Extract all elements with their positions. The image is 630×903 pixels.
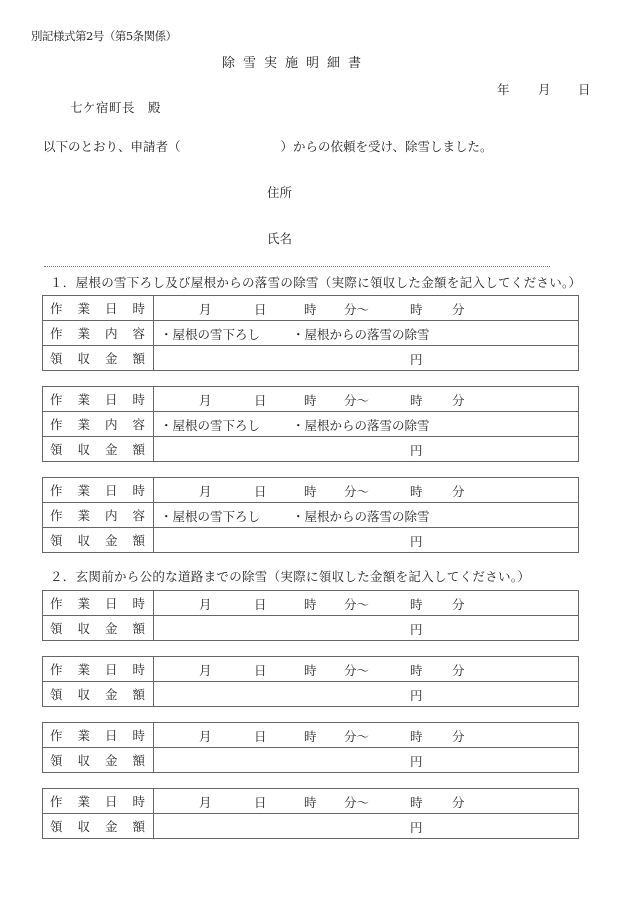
- yen-unit: 円: [410, 532, 423, 550]
- intro-suffix: ）からの依頼を受け、除雪しました。: [281, 139, 493, 154]
- minute-from-unit: 分〜: [344, 482, 369, 500]
- label-char: 作: [50, 390, 63, 408]
- month-unit: 月: [199, 661, 212, 679]
- amount-received-label: 領収金額: [43, 748, 154, 773]
- label-char: 時: [132, 481, 145, 499]
- label-char: 業: [77, 299, 90, 317]
- day-unit: 日: [254, 300, 267, 318]
- label-char: 金: [105, 440, 118, 458]
- label-char: 日: [105, 726, 118, 744]
- amount-received-field[interactable]: 円: [154, 814, 579, 839]
- minute-from-unit: 分〜: [344, 661, 369, 679]
- date-day-label: 日: [578, 80, 591, 98]
- section-1-record-table: 作業日時月日時分〜時分作業内容・屋根の雪下ろし・屋根からの落雪の除雪領収金額円: [42, 477, 579, 553]
- month-unit: 月: [199, 482, 212, 500]
- work-content-options[interactable]: ・屋根の雪下ろし・屋根からの落雪の除雪: [154, 321, 579, 346]
- work-datetime-field[interactable]: 月日時分〜時分: [154, 657, 579, 682]
- label-char: 額: [132, 619, 145, 637]
- month-unit: 月: [199, 391, 212, 409]
- work-datetime-field[interactable]: 月日時分〜時分: [154, 478, 579, 503]
- label-char: 内: [105, 415, 118, 433]
- label-char: 額: [132, 751, 145, 769]
- option-roof-snow-removal: ・屋根の雪下ろし: [160, 416, 260, 434]
- label-char: 業: [77, 324, 90, 342]
- table-row: 領収金額円: [43, 346, 579, 371]
- section-2-record-table: 作業日時月日時分〜時分領収金額円: [42, 788, 579, 839]
- work-content-label: 作業内容: [43, 412, 154, 437]
- label-char: 業: [77, 726, 90, 744]
- label-char: 内: [105, 506, 118, 524]
- amount-received-label: 領収金額: [43, 437, 154, 462]
- label-char: 業: [77, 660, 90, 678]
- label-char: 収: [77, 685, 90, 703]
- address-label: 住所: [267, 183, 292, 201]
- label-char: 作: [50, 792, 63, 810]
- form-id: 別記様式第2号（第5条関係）: [31, 28, 177, 44]
- label-char: 作: [50, 481, 63, 499]
- table-row: 作業日時月日時分〜時分: [43, 387, 579, 412]
- yen-unit: 円: [410, 818, 423, 836]
- label-char: 作: [50, 506, 63, 524]
- month-unit: 月: [199, 727, 212, 745]
- work-datetime-label: 作業日時: [43, 478, 154, 503]
- label-char: 業: [77, 481, 90, 499]
- label-char: 額: [132, 685, 145, 703]
- table-row: 作業日時月日時分〜時分: [43, 296, 579, 321]
- label-char: 時: [132, 726, 145, 744]
- work-datetime-field[interactable]: 月日時分〜時分: [154, 723, 579, 748]
- intro-prefix: 以下のとおり、申請者（: [43, 139, 181, 154]
- label-char: 容: [132, 506, 145, 524]
- amount-received-label: 領収金額: [43, 528, 154, 553]
- work-content-options[interactable]: ・屋根の雪下ろし・屋根からの落雪の除雪: [154, 412, 579, 437]
- label-char: 内: [105, 324, 118, 342]
- label-char: 収: [77, 531, 90, 549]
- option-fallen-snow-removal: ・屋根からの落雪の除雪: [292, 416, 430, 434]
- minute-to-unit: 分: [452, 391, 465, 409]
- section-1-record-table: 作業日時月日時分〜時分作業内容・屋根の雪下ろし・屋根からの落雪の除雪領収金額円: [42, 295, 579, 371]
- label-char: 作: [50, 726, 63, 744]
- label-char: 金: [105, 619, 118, 637]
- work-datetime-field[interactable]: 月日時分〜時分: [154, 789, 579, 814]
- hour-to-unit: 時: [410, 595, 423, 613]
- section-1-record-table: 作業日時月日時分〜時分作業内容・屋根の雪下ろし・屋根からの落雪の除雪領収金額円: [42, 386, 579, 462]
- yen-unit: 円: [410, 686, 423, 704]
- label-char: 作: [50, 415, 63, 433]
- option-fallen-snow-removal: ・屋根からの落雪の除雪: [292, 507, 430, 525]
- hour-unit: 時: [304, 661, 317, 679]
- label-char: 領: [50, 817, 63, 835]
- minute-from-unit: 分〜: [344, 727, 369, 745]
- month-unit: 月: [199, 793, 212, 811]
- label-char: 日: [105, 792, 118, 810]
- label-char: 収: [77, 440, 90, 458]
- label-char: 金: [105, 685, 118, 703]
- table-row: 領収金額円: [43, 682, 579, 707]
- minute-to-unit: 分: [452, 595, 465, 613]
- label-char: 金: [105, 349, 118, 367]
- work-datetime-label: 作業日時: [43, 387, 154, 412]
- label-char: 領: [50, 531, 63, 549]
- work-datetime-label: 作業日時: [43, 789, 154, 814]
- label-char: 作: [50, 594, 63, 612]
- work-datetime-field[interactable]: 月日時分〜時分: [154, 387, 579, 412]
- work-datetime-label: 作業日時: [43, 723, 154, 748]
- option-fallen-snow-removal: ・屋根からの落雪の除雪: [292, 325, 430, 343]
- option-roof-snow-removal: ・屋根の雪下ろし: [160, 325, 260, 343]
- label-char: 額: [132, 531, 145, 549]
- label-char: 業: [77, 792, 90, 810]
- work-datetime-label: 作業日時: [43, 591, 154, 616]
- label-char: 日: [105, 299, 118, 317]
- amount-received-field[interactable]: 円: [154, 748, 579, 773]
- yen-unit: 円: [410, 752, 423, 770]
- label-char: 容: [132, 415, 145, 433]
- amount-received-label: 領収金額: [43, 616, 154, 641]
- label-char: 領: [50, 751, 63, 769]
- day-unit: 日: [254, 793, 267, 811]
- intro-sentence: 以下のとおり、申請者（）からの依頼を受け、除雪しました。: [43, 137, 493, 155]
- minute-from-unit: 分〜: [344, 595, 369, 613]
- label-char: 日: [105, 390, 118, 408]
- label-char: 額: [132, 817, 145, 835]
- amount-received-field[interactable]: 円: [154, 682, 579, 707]
- minute-to-unit: 分: [452, 727, 465, 745]
- hour-unit: 時: [304, 482, 317, 500]
- label-char: 金: [105, 751, 118, 769]
- table-row: 作業内容・屋根の雪下ろし・屋根からの落雪の除雪: [43, 503, 579, 528]
- section-1-heading: １．屋根の雪下ろし及び屋根からの落雪の除雪（実際に領収した金額を記入してください…: [50, 273, 581, 291]
- day-unit: 日: [254, 482, 267, 500]
- work-datetime-field[interactable]: 月日時分〜時分: [154, 296, 579, 321]
- minute-to-unit: 分: [452, 661, 465, 679]
- amount-received-label: 領収金額: [43, 682, 154, 707]
- document-title: 除雪実施明細書: [222, 52, 369, 71]
- work-datetime-field[interactable]: 月日時分〜時分: [154, 591, 579, 616]
- minute-from-unit: 分〜: [344, 793, 369, 811]
- label-char: 業: [77, 415, 90, 433]
- yen-unit: 円: [410, 441, 423, 459]
- divider-dotted: [44, 266, 550, 267]
- label-char: 収: [77, 817, 90, 835]
- label-char: 金: [105, 817, 118, 835]
- hour-unit: 時: [304, 300, 317, 318]
- label-char: 領: [50, 619, 63, 637]
- label-char: 業: [77, 594, 90, 612]
- label-char: 額: [132, 440, 145, 458]
- table-row: 作業内容・屋根の雪下ろし・屋根からの落雪の除雪: [43, 412, 579, 437]
- work-content-label: 作業内容: [43, 503, 154, 528]
- section-2-record-table: 作業日時月日時分〜時分領収金額円: [42, 590, 579, 641]
- label-char: 領: [50, 349, 63, 367]
- label-char: 時: [132, 390, 145, 408]
- work-content-options[interactable]: ・屋根の雪下ろし・屋根からの落雪の除雪: [154, 503, 579, 528]
- label-char: 容: [132, 324, 145, 342]
- hour-to-unit: 時: [410, 727, 423, 745]
- table-row: 領収金額円: [43, 528, 579, 553]
- table-row: 領収金額円: [43, 437, 579, 462]
- hour-unit: 時: [304, 727, 317, 745]
- section-2-record-table: 作業日時月日時分〜時分領収金額円: [42, 656, 579, 707]
- table-row: 作業日時月日時分〜時分: [43, 723, 579, 748]
- hour-to-unit: 時: [410, 391, 423, 409]
- label-char: 業: [77, 390, 90, 408]
- amount-received-field[interactable]: 円: [154, 346, 579, 371]
- table-row: 作業日時月日時分〜時分: [43, 789, 579, 814]
- hour-to-unit: 時: [410, 300, 423, 318]
- amount-received-label: 領収金額: [43, 346, 154, 371]
- hour-unit: 時: [304, 391, 317, 409]
- date-month-label: 月: [538, 80, 551, 98]
- minute-from-unit: 分〜: [344, 391, 369, 409]
- minute-from-unit: 分〜: [344, 300, 369, 318]
- label-char: 時: [132, 792, 145, 810]
- table-row: 領収金額円: [43, 814, 579, 839]
- label-char: 作: [50, 324, 63, 342]
- day-unit: 日: [254, 391, 267, 409]
- month-unit: 月: [199, 300, 212, 318]
- name-label: 氏名: [267, 229, 292, 247]
- label-char: 時: [132, 660, 145, 678]
- label-char: 作: [50, 660, 63, 678]
- label-char: 業: [77, 506, 90, 524]
- section-2-heading: ２．玄関前から公的な道路までの除雪（実際に領収した金額を記入してください。）: [50, 567, 530, 585]
- hour-to-unit: 時: [410, 793, 423, 811]
- label-char: 額: [132, 349, 145, 367]
- label-char: 時: [132, 594, 145, 612]
- hour-unit: 時: [304, 793, 317, 811]
- table-row: 領収金額円: [43, 748, 579, 773]
- option-roof-snow-removal: ・屋根の雪下ろし: [160, 507, 260, 525]
- amount-received-field[interactable]: 円: [154, 528, 579, 553]
- label-char: 日: [105, 594, 118, 612]
- day-unit: 日: [254, 595, 267, 613]
- label-char: 日: [105, 481, 118, 499]
- amount-received-label: 領収金額: [43, 814, 154, 839]
- addressee: 七ケ宿町長 殿: [70, 98, 161, 116]
- amount-received-field[interactable]: 円: [154, 616, 579, 641]
- table-row: 作業内容・屋根の雪下ろし・屋根からの落雪の除雪: [43, 321, 579, 346]
- amount-received-field[interactable]: 円: [154, 437, 579, 462]
- label-char: 時: [132, 299, 145, 317]
- table-row: 作業日時月日時分〜時分: [43, 591, 579, 616]
- hour-unit: 時: [304, 595, 317, 613]
- label-char: 収: [77, 619, 90, 637]
- minute-to-unit: 分: [452, 482, 465, 500]
- label-char: 収: [77, 751, 90, 769]
- work-datetime-label: 作業日時: [43, 296, 154, 321]
- table-row: 作業日時月日時分〜時分: [43, 478, 579, 503]
- minute-to-unit: 分: [452, 300, 465, 318]
- table-row: 領収金額円: [43, 616, 579, 641]
- month-unit: 月: [199, 595, 212, 613]
- label-char: 領: [50, 440, 63, 458]
- day-unit: 日: [254, 661, 267, 679]
- work-content-label: 作業内容: [43, 321, 154, 346]
- label-char: 金: [105, 531, 118, 549]
- label-char: 領: [50, 685, 63, 703]
- label-char: 日: [105, 660, 118, 678]
- day-unit: 日: [254, 727, 267, 745]
- section-2-record-table: 作業日時月日時分〜時分領収金額円: [42, 722, 579, 773]
- label-char: 作: [50, 299, 63, 317]
- hour-to-unit: 時: [410, 482, 423, 500]
- label-char: 収: [77, 349, 90, 367]
- date-year-label: 年: [497, 80, 510, 98]
- yen-unit: 円: [410, 350, 423, 368]
- yen-unit: 円: [410, 620, 423, 638]
- table-row: 作業日時月日時分〜時分: [43, 657, 579, 682]
- hour-to-unit: 時: [410, 661, 423, 679]
- work-datetime-label: 作業日時: [43, 657, 154, 682]
- minute-to-unit: 分: [452, 793, 465, 811]
